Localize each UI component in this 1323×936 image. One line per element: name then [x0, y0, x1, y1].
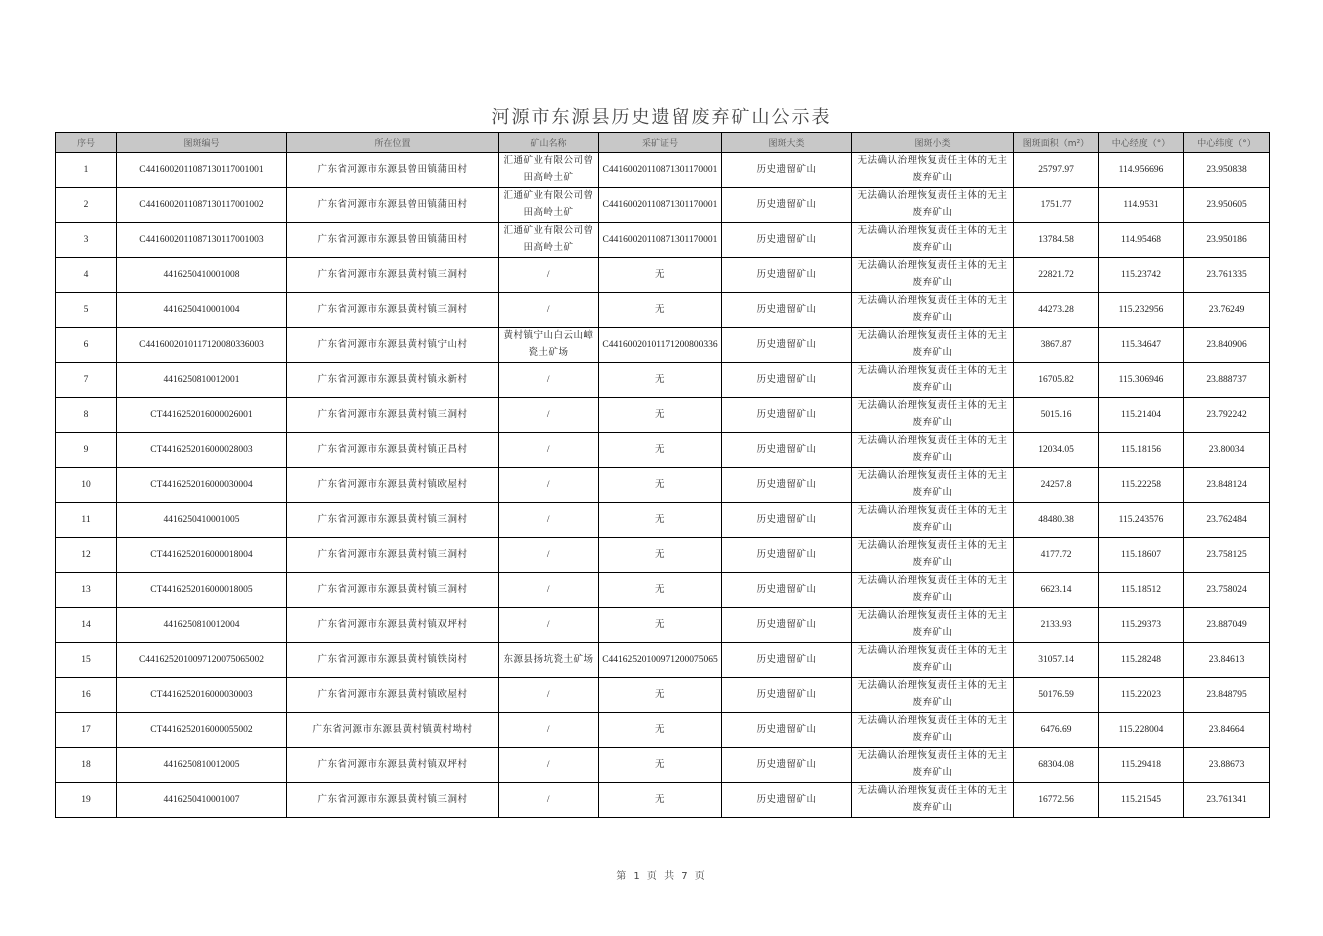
header-no: 序号 — [56, 133, 117, 153]
table-row: 17CT4416252016000055002广东省河源市东源县黄村镇黄村坳村/… — [56, 713, 1270, 748]
cell-subcategory: 无法确认治理恢复责任主体的无主废弃矿山 — [852, 153, 1014, 188]
cell-category: 历史遗留矿山 — [722, 258, 852, 293]
cell-subcategory: 无法确认治理恢复责任主体的无主废弃矿山 — [852, 258, 1014, 293]
table-row: 6C4416002010117120080336003广东省河源市东源县黄村镇宁… — [56, 328, 1270, 363]
cell-category: 历史遗留矿山 — [722, 363, 852, 398]
cell-subcategory: 无法确认治理恢复责任主体的无主废弃矿山 — [852, 398, 1014, 433]
header-license: 采矿证号 — [599, 133, 722, 153]
cell-subcategory: 无法确认治理恢复责任主体的无主废弃矿山 — [852, 608, 1014, 643]
cell-location: 广东省河源市东源县黄村镇三洞村 — [287, 258, 499, 293]
table-row: 3C4416002011087130117001003广东省河源市东源县曾田镇蒲… — [56, 223, 1270, 258]
cell-license: C44160020101171200800336 — [599, 328, 722, 363]
cell-mine: / — [499, 608, 599, 643]
cell-location: 广东省河源市东源县黄村镇三洞村 — [287, 398, 499, 433]
cell-lat: 23.76249 — [1184, 293, 1270, 328]
cell-no: 12 — [56, 538, 117, 573]
cell-no: 18 — [56, 748, 117, 783]
cell-category: 历史遗留矿山 — [722, 468, 852, 503]
cell-category: 历史遗留矿山 — [722, 503, 852, 538]
cell-location: 广东省河源市东源县黄村镇欧屋村 — [287, 678, 499, 713]
cell-category: 历史遗留矿山 — [722, 573, 852, 608]
cell-no: 5 — [56, 293, 117, 328]
cell-location: 广东省河源市东源县曾田镇蒲田村 — [287, 188, 499, 223]
table-row: 2C4416002011087130117001002广东省河源市东源县曾田镇蒲… — [56, 188, 1270, 223]
cell-category: 历史遗留矿山 — [722, 713, 852, 748]
cell-area: 6623.14 — [1014, 573, 1099, 608]
cell-code: 4416250410001004 — [117, 293, 287, 328]
cell-mine: / — [499, 433, 599, 468]
cell-code: C4416252010097120075065002 — [117, 643, 287, 678]
cell-no: 8 — [56, 398, 117, 433]
cell-area: 6476.69 — [1014, 713, 1099, 748]
cell-license: 无 — [599, 538, 722, 573]
page-indicator: 第 1 页 共 7 页 — [0, 867, 1323, 882]
cell-area: 31057.14 — [1014, 643, 1099, 678]
cell-lat: 23.887049 — [1184, 608, 1270, 643]
cell-subcategory: 无法确认治理恢复责任主体的无主废弃矿山 — [852, 433, 1014, 468]
cell-code: CT4416252016000055002 — [117, 713, 287, 748]
cell-mine: 汇通矿业有限公司曾田高岭土矿 — [499, 223, 599, 258]
cell-subcategory: 无法确认治理恢复责任主体的无主废弃矿山 — [852, 573, 1014, 608]
cell-license: 无 — [599, 573, 722, 608]
cell-license: 无 — [599, 398, 722, 433]
cell-subcategory: 无法确认治理恢复责任主体的无主废弃矿山 — [852, 748, 1014, 783]
cell-lat: 23.84613 — [1184, 643, 1270, 678]
cell-area: 12034.05 — [1014, 433, 1099, 468]
cell-subcategory: 无法确认治理恢复责任主体的无主废弃矿山 — [852, 783, 1014, 818]
cell-mine: / — [499, 258, 599, 293]
table-row: 44416250410001008广东省河源市东源县黄村镇三洞村/无历史遗留矿山… — [56, 258, 1270, 293]
cell-category: 历史遗留矿山 — [722, 608, 852, 643]
cell-lon: 115.228004 — [1099, 713, 1184, 748]
cell-lat: 23.888737 — [1184, 363, 1270, 398]
cell-no: 9 — [56, 433, 117, 468]
cell-location: 广东省河源市东源县黄村镇三洞村 — [287, 503, 499, 538]
header-category: 图斑大类 — [722, 133, 852, 153]
cell-no: 7 — [56, 363, 117, 398]
cell-code: 4416250810012004 — [117, 608, 287, 643]
cell-lat: 23.848795 — [1184, 678, 1270, 713]
table-row: 15C4416252010097120075065002广东省河源市东源县黄村镇… — [56, 643, 1270, 678]
cell-no: 3 — [56, 223, 117, 258]
cell-area: 13784.58 — [1014, 223, 1099, 258]
table-header-row: 序号 图斑编号 所在位置 矿山名称 采矿证号 图斑大类 图斑小类 图斑面积（m²… — [56, 133, 1270, 153]
cell-mine: / — [499, 573, 599, 608]
cell-area: 4177.72 — [1014, 538, 1099, 573]
cell-location: 广东省河源市东源县黄村镇永新村 — [287, 363, 499, 398]
cell-mine: 黄村镇宁山白云山嶂瓷土矿场 — [499, 328, 599, 363]
table-row: 184416250810012005广东省河源市东源县黄村镇双坪村/无历史遗留矿… — [56, 748, 1270, 783]
cell-lat: 23.88673 — [1184, 748, 1270, 783]
cell-mine: / — [499, 503, 599, 538]
header-area: 图斑面积（m²） — [1014, 133, 1099, 153]
header-lat: 中心纬度（°） — [1184, 133, 1270, 153]
cell-location: 广东省河源市东源县黄村镇正昌村 — [287, 433, 499, 468]
mine-table: 序号 图斑编号 所在位置 矿山名称 采矿证号 图斑大类 图斑小类 图斑面积（m²… — [55, 132, 1270, 818]
table-row: 74416250810012001广东省河源市东源县黄村镇永新村/无历史遗留矿山… — [56, 363, 1270, 398]
cell-category: 历史遗留矿山 — [722, 433, 852, 468]
header-location: 所在位置 — [287, 133, 499, 153]
cell-lat: 23.762484 — [1184, 503, 1270, 538]
table-row: 16CT4416252016000030003广东省河源市东源县黄村镇欧屋村/无… — [56, 678, 1270, 713]
cell-no: 6 — [56, 328, 117, 363]
cell-code: C4416002011087130117001002 — [117, 188, 287, 223]
cell-category: 历史遗留矿山 — [722, 748, 852, 783]
cell-lat: 23.84664 — [1184, 713, 1270, 748]
cell-mine: 汇通矿业有限公司曾田高岭土矿 — [499, 188, 599, 223]
table-row: 114416250410001005广东省河源市东源县黄村镇三洞村/无历史遗留矿… — [56, 503, 1270, 538]
cell-mine: / — [499, 538, 599, 573]
cell-mine: 东源县扬坑瓷土矿场 — [499, 643, 599, 678]
cell-location: 广东省河源市东源县黄村镇三洞村 — [287, 538, 499, 573]
cell-license: 无 — [599, 363, 722, 398]
cell-category: 历史遗留矿山 — [722, 783, 852, 818]
cell-lon: 115.18512 — [1099, 573, 1184, 608]
cell-license: 无 — [599, 258, 722, 293]
cell-area: 68304.08 — [1014, 748, 1099, 783]
cell-lon: 114.95468 — [1099, 223, 1184, 258]
cell-code: C4416002011087130117001003 — [117, 223, 287, 258]
cell-license: 无 — [599, 433, 722, 468]
cell-lon: 115.29373 — [1099, 608, 1184, 643]
cell-subcategory: 无法确认治理恢复责任主体的无主废弃矿山 — [852, 223, 1014, 258]
cell-code: 4416250810012001 — [117, 363, 287, 398]
cell-location: 广东省河源市东源县黄村镇双坪村 — [287, 608, 499, 643]
cell-lon: 114.9531 — [1099, 188, 1184, 223]
cell-category: 历史遗留矿山 — [722, 293, 852, 328]
cell-code: 4416250410001008 — [117, 258, 287, 293]
cell-mine: / — [499, 783, 599, 818]
cell-location: 广东省河源市东源县黄村镇三洞村 — [287, 573, 499, 608]
cell-license: 无 — [599, 783, 722, 818]
cell-area: 16705.82 — [1014, 363, 1099, 398]
cell-code: 4416250410001007 — [117, 783, 287, 818]
cell-area: 24257.8 — [1014, 468, 1099, 503]
cell-no: 1 — [56, 153, 117, 188]
cell-license: 无 — [599, 678, 722, 713]
cell-no: 4 — [56, 258, 117, 293]
cell-no: 2 — [56, 188, 117, 223]
cell-lat: 23.950838 — [1184, 153, 1270, 188]
cell-no: 14 — [56, 608, 117, 643]
cell-lat: 23.792242 — [1184, 398, 1270, 433]
cell-mine: / — [499, 398, 599, 433]
cell-license: 无 — [599, 748, 722, 783]
table-row: 194416250410001007广东省河源市东源县黄村镇三洞村/无历史遗留矿… — [56, 783, 1270, 818]
cell-code: CT4416252016000030003 — [117, 678, 287, 713]
cell-location: 广东省河源市东源县黄村镇双坪村 — [287, 748, 499, 783]
table-row: 13CT4416252016000018005广东省河源市东源县黄村镇三洞村/无… — [56, 573, 1270, 608]
cell-area: 50176.59 — [1014, 678, 1099, 713]
cell-lon: 114.956696 — [1099, 153, 1184, 188]
table-row: 9CT4416252016000028003广东省河源市东源县黄村镇正昌村/无历… — [56, 433, 1270, 468]
cell-no: 15 — [56, 643, 117, 678]
cell-code: C4416002011087130117001001 — [117, 153, 287, 188]
cell-lat: 23.950605 — [1184, 188, 1270, 223]
cell-location: 广东省河源市东源县曾田镇蒲田村 — [287, 223, 499, 258]
cell-no: 19 — [56, 783, 117, 818]
cell-lat: 23.758125 — [1184, 538, 1270, 573]
cell-subcategory: 无法确认治理恢复责任主体的无主废弃矿山 — [852, 713, 1014, 748]
cell-lon: 115.232956 — [1099, 293, 1184, 328]
cell-lon: 115.18607 — [1099, 538, 1184, 573]
cell-area: 3867.87 — [1014, 328, 1099, 363]
cell-category: 历史遗留矿山 — [722, 328, 852, 363]
cell-mine: / — [499, 363, 599, 398]
cell-lon: 115.22023 — [1099, 678, 1184, 713]
table-row: 144416250810012004广东省河源市东源县黄村镇双坪村/无历史遗留矿… — [56, 608, 1270, 643]
cell-category: 历史遗留矿山 — [722, 643, 852, 678]
cell-code: 4416250410001005 — [117, 503, 287, 538]
cell-location: 广东省河源市东源县黄村镇铁岗村 — [287, 643, 499, 678]
cell-no: 17 — [56, 713, 117, 748]
header-lon: 中心经度（°） — [1099, 133, 1184, 153]
cell-subcategory: 无法确认治理恢复责任主体的无主废弃矿山 — [852, 293, 1014, 328]
cell-area: 2133.93 — [1014, 608, 1099, 643]
header-subcategory: 图斑小类 — [852, 133, 1014, 153]
cell-code: 4416250810012005 — [117, 748, 287, 783]
cell-lon: 115.306946 — [1099, 363, 1184, 398]
cell-area: 16772.56 — [1014, 783, 1099, 818]
cell-category: 历史遗留矿山 — [722, 153, 852, 188]
table-row: 10CT4416252016000030004广东省河源市东源县黄村镇欧屋村/无… — [56, 468, 1270, 503]
cell-subcategory: 无法确认治理恢复责任主体的无主废弃矿山 — [852, 468, 1014, 503]
cell-location: 广东省河源市东源县黄村镇欧屋村 — [287, 468, 499, 503]
cell-code: CT4416252016000026001 — [117, 398, 287, 433]
cell-no: 16 — [56, 678, 117, 713]
cell-lon: 115.29418 — [1099, 748, 1184, 783]
cell-lat: 23.758024 — [1184, 573, 1270, 608]
cell-mine: / — [499, 678, 599, 713]
cell-lon: 115.34647 — [1099, 328, 1184, 363]
cell-license: C44162520100971200075065 — [599, 643, 722, 678]
cell-subcategory: 无法确认治理恢复责任主体的无主废弃矿山 — [852, 328, 1014, 363]
cell-location: 广东省河源市东源县曾田镇蒲田村 — [287, 153, 499, 188]
cell-subcategory: 无法确认治理恢复责任主体的无主废弃矿山 — [852, 503, 1014, 538]
cell-area: 25797.97 — [1014, 153, 1099, 188]
header-mine: 矿山名称 — [499, 133, 599, 153]
cell-no: 10 — [56, 468, 117, 503]
cell-location: 广东省河源市东源县黄村镇宁山村 — [287, 328, 499, 363]
cell-lon: 115.243576 — [1099, 503, 1184, 538]
cell-subcategory: 无法确认治理恢复责任主体的无主废弃矿山 — [852, 643, 1014, 678]
cell-mine: / — [499, 713, 599, 748]
cell-license: 无 — [599, 608, 722, 643]
cell-lat: 23.950186 — [1184, 223, 1270, 258]
cell-subcategory: 无法确认治理恢复责任主体的无主废弃矿山 — [852, 363, 1014, 398]
cell-mine: / — [499, 293, 599, 328]
cell-subcategory: 无法确认治理恢复责任主体的无主废弃矿山 — [852, 678, 1014, 713]
cell-location: 广东省河源市东源县黄村镇三洞村 — [287, 293, 499, 328]
cell-lat: 23.840906 — [1184, 328, 1270, 363]
cell-lon: 115.18156 — [1099, 433, 1184, 468]
cell-lon: 115.22258 — [1099, 468, 1184, 503]
cell-mine: 汇通矿业有限公司曾田高岭土矿 — [499, 153, 599, 188]
cell-lon: 115.23742 — [1099, 258, 1184, 293]
cell-code: CT4416252016000018005 — [117, 573, 287, 608]
cell-license: 无 — [599, 468, 722, 503]
cell-lat: 23.848124 — [1184, 468, 1270, 503]
cell-lon: 115.28248 — [1099, 643, 1184, 678]
cell-area: 44273.28 — [1014, 293, 1099, 328]
cell-no: 13 — [56, 573, 117, 608]
cell-subcategory: 无法确认治理恢复责任主体的无主废弃矿山 — [852, 538, 1014, 573]
cell-area: 5015.16 — [1014, 398, 1099, 433]
cell-category: 历史遗留矿山 — [722, 678, 852, 713]
cell-license: 无 — [599, 293, 722, 328]
cell-license: 无 — [599, 713, 722, 748]
cell-location: 广东省河源市东源县黄村镇三洞村 — [287, 783, 499, 818]
cell-code: CT4416252016000030004 — [117, 468, 287, 503]
cell-code: C4416002010117120080336003 — [117, 328, 287, 363]
table-row: 8CT4416252016000026001广东省河源市东源县黄村镇三洞村/无历… — [56, 398, 1270, 433]
cell-code: CT4416252016000028003 — [117, 433, 287, 468]
cell-no: 11 — [56, 503, 117, 538]
cell-lat: 23.761341 — [1184, 783, 1270, 818]
cell-location: 广东省河源市东源县黄村镇黄村坳村 — [287, 713, 499, 748]
cell-mine: / — [499, 748, 599, 783]
table-row: 54416250410001004广东省河源市东源县黄村镇三洞村/无历史遗留矿山… — [56, 293, 1270, 328]
cell-area: 48480.38 — [1014, 503, 1099, 538]
cell-category: 历史遗留矿山 — [722, 188, 852, 223]
header-code: 图斑编号 — [117, 133, 287, 153]
cell-area: 1751.77 — [1014, 188, 1099, 223]
cell-mine: / — [499, 468, 599, 503]
cell-category: 历史遗留矿山 — [722, 538, 852, 573]
page-title: 河源市东源县历史遗留废弃矿山公示表 — [0, 103, 1323, 129]
cell-license: C44160020110871301170001 — [599, 153, 722, 188]
table-row: 1C4416002011087130117001001广东省河源市东源县曾田镇蒲… — [56, 153, 1270, 188]
cell-category: 历史遗留矿山 — [722, 223, 852, 258]
cell-lat: 23.80034 — [1184, 433, 1270, 468]
cell-code: CT4416252016000018004 — [117, 538, 287, 573]
cell-category: 历史遗留矿山 — [722, 398, 852, 433]
cell-license: 无 — [599, 503, 722, 538]
cell-lon: 115.21404 — [1099, 398, 1184, 433]
cell-area: 22821.72 — [1014, 258, 1099, 293]
cell-license: C44160020110871301170001 — [599, 223, 722, 258]
cell-lon: 115.21545 — [1099, 783, 1184, 818]
cell-subcategory: 无法确认治理恢复责任主体的无主废弃矿山 — [852, 188, 1014, 223]
cell-license: C44160020110871301170001 — [599, 188, 722, 223]
table-row: 12CT4416252016000018004广东省河源市东源县黄村镇三洞村/无… — [56, 538, 1270, 573]
cell-lat: 23.761335 — [1184, 258, 1270, 293]
